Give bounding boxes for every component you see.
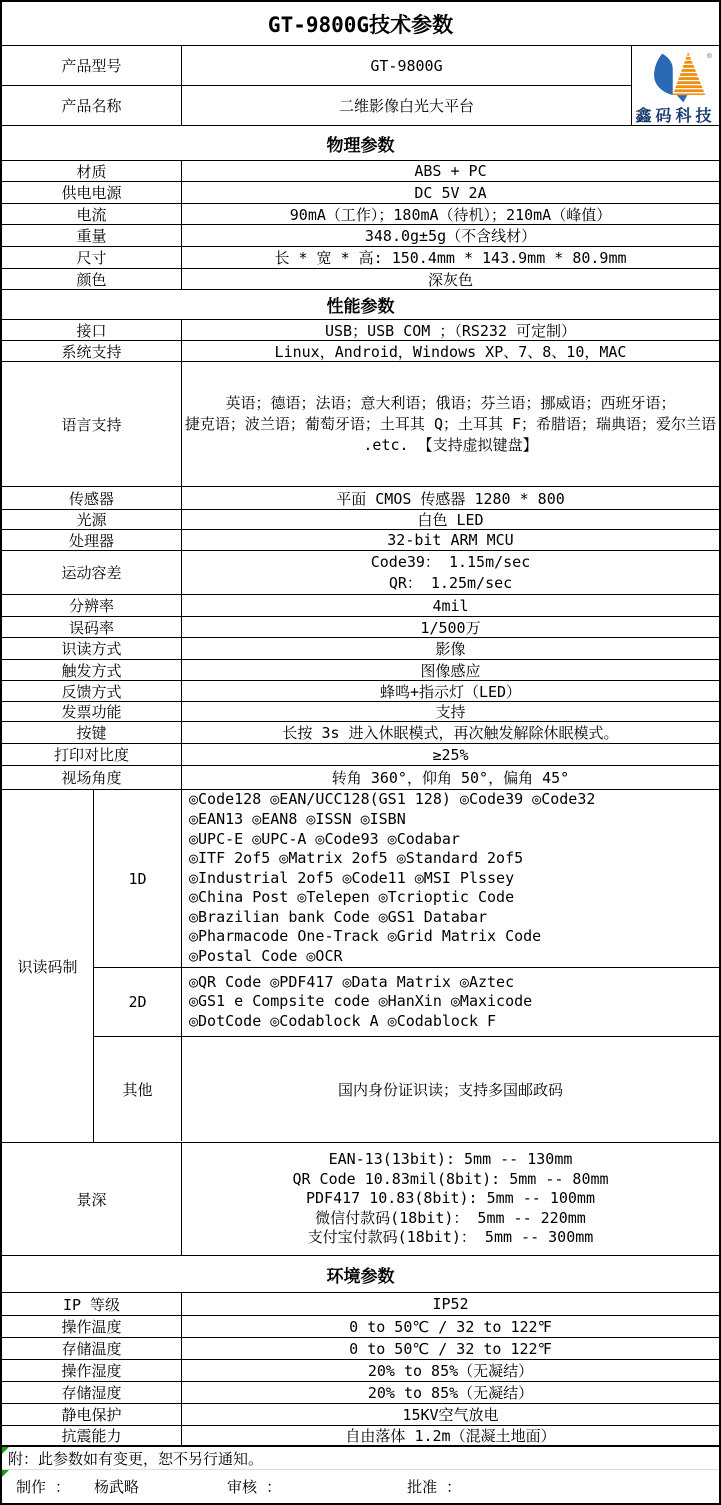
- spec-row: 传感器 平面 CMOS 传感器 1280 * 800: [2, 487, 719, 510]
- spec-label: 重量: [2, 225, 182, 246]
- spec-row: 接口 USB；USB COM ；（RS232 可定制）: [2, 320, 719, 341]
- spec-label: 语言支持: [2, 362, 182, 486]
- spec-label: 操作温度: [2, 1316, 182, 1337]
- spec-label: 反馈方式: [2, 681, 182, 701]
- spec-value: 20% to 85%（无凝结）: [182, 1360, 719, 1381]
- spec-value: IP52: [182, 1293, 719, 1315]
- spec-label: 触发方式: [2, 660, 182, 680]
- spec-value: Code39： 1.15m/sec QR： 1.25m/sec: [182, 551, 719, 594]
- maker-label: 制作 ：: [16, 1476, 70, 1497]
- product-model-label: 产品型号: [2, 46, 182, 85]
- spec-label: IP 等级: [2, 1293, 182, 1315]
- spec-value: DC 5V 2A: [182, 182, 719, 203]
- spec-row: 按键 长按 3s 进入休眠模式，再次触发解除休眠模式。: [2, 722, 719, 744]
- spec-label: 材质: [2, 161, 182, 181]
- spec-label: 电流: [2, 204, 182, 224]
- product-model-value: GT-9800G: [182, 46, 632, 85]
- spec-row: 2D ◎QR Code ◎PDF417 ◎Data Matrix ◎Aztec …: [94, 968, 719, 1037]
- spec-value: 4mil: [182, 595, 719, 616]
- spec-label: 视场角度: [2, 766, 182, 789]
- spec-value: 支持: [182, 702, 719, 721]
- spec-label: 系统支持: [2, 341, 182, 361]
- approver-label: 批准 ：: [407, 1476, 461, 1497]
- spec-row: 视场角度 转角 360°，仰角 50°，偏角 45°: [2, 766, 719, 790]
- spec-label: 供电电源: [2, 182, 182, 203]
- spec-label: 识读方式: [2, 638, 182, 659]
- spec-value: 英语；德语；法语；意大利语；俄语；芬兰语；挪威语；西班牙语； 捷克语；波兰语；葡…: [182, 362, 719, 486]
- spec-value: EAN-13(13bit): 5mm -- 130mm QR Code 10.8…: [182, 1143, 719, 1255]
- spec-value: 蜂鸣+指示灯（LED）: [182, 681, 719, 701]
- spec-row: 存储温度 0 to 50℃ / 32 to 122℉: [2, 1338, 719, 1360]
- spec-label: 运动容差: [2, 551, 182, 594]
- spec-label: 误码率: [2, 617, 182, 637]
- spec-label: 其他: [94, 1037, 182, 1141]
- spec-row: 反馈方式 蜂鸣+指示灯（LED）: [2, 681, 719, 702]
- spec-label: 存储湿度: [2, 1382, 182, 1403]
- spec-value: 长 * 宽 * 高: 150.4mm * 143.9mm * 80.9mm: [182, 247, 719, 268]
- spec-label: 操作湿度: [2, 1360, 182, 1381]
- footer-note-row: 附：此参数如有变更，恕不另行通知。: [2, 1447, 719, 1470]
- spec-row: 误码率 1/500万: [2, 617, 719, 638]
- spec-label: 颜色: [2, 269, 182, 289]
- spec-row: 语言支持 英语；德语；法语；意大利语；俄语；芬兰语；挪威语；西班牙语； 捷克语；…: [2, 362, 719, 487]
- spec-value: ABS + PC: [182, 161, 719, 181]
- spec-label: 2D: [94, 968, 182, 1036]
- section-header-performance: 性能参数: [2, 290, 719, 320]
- section-header-physical: 物理参数: [2, 126, 719, 161]
- spec-label: 接口: [2, 320, 182, 340]
- company-name: 鑫码科技: [635, 107, 715, 124]
- spec-value: 90mA（工作）；180mA（待机）；210mA（峰值）: [182, 204, 719, 224]
- product-block: 产品型号 GT-9800G 产品名称 二维影像白光大平台: [2, 46, 719, 126]
- signature-row: 制作 ： 杨武略 审核 ： 批准 ：: [2, 1470, 719, 1503]
- spec-row: IP 等级 IP52: [2, 1293, 719, 1316]
- company-logo: ® 鑫码科技: [632, 46, 719, 125]
- spec-value: 国内身份证识读；支持多国邮政码: [182, 1037, 719, 1141]
- spec-value: 白色 LED: [182, 510, 719, 529]
- spec-row: 颜色 深灰色: [2, 269, 719, 290]
- spec-label: 静电保护: [2, 1404, 182, 1425]
- spec-row: 材质 ABS + PC: [2, 161, 719, 182]
- spec-value: 自由落体 1.2m（混凝土地面）: [182, 1426, 719, 1445]
- page-title: GT-9800G技术参数: [2, 2, 719, 46]
- spec-row: 其他 国内身份证识读；支持多国邮政码: [94, 1037, 719, 1141]
- spec-row: 操作湿度 20% to 85%（无凝结）: [2, 1360, 719, 1382]
- spec-row: 光源 白色 LED: [2, 510, 719, 530]
- spec-row: 系统支持 Linux，Android，Windows XP、7、8、10，MAC: [2, 341, 719, 362]
- spec-row: 电流 90mA（工作）；180mA（待机）；210mA（峰值）: [2, 204, 719, 225]
- spec-value: 平面 CMOS 传感器 1280 * 800: [182, 487, 719, 509]
- spec-value: 转角 360°，仰角 50°，偏角 45°: [182, 766, 719, 789]
- spec-label: 抗震能力: [2, 1426, 182, 1445]
- spec-label: 传感器: [2, 487, 182, 509]
- spec-value: 深灰色: [182, 269, 719, 289]
- symbologies-block: 识读码制 1D ◎Code128 ◎EAN/UCC128(GS1 128) ◎C…: [2, 790, 719, 1143]
- spec-sheet: GT-9800G技术参数 产品型号 GT-9800G 产品名称 二维影像白光大平…: [0, 0, 721, 1505]
- company-logo-icon: ®: [637, 49, 715, 107]
- cell-flag-icon: [2, 1470, 9, 1477]
- spec-value: 影像: [182, 638, 719, 659]
- spec-row: 打印对比度 ≥25%: [2, 744, 719, 766]
- spec-row: 识读方式 影像: [2, 638, 719, 660]
- spec-value: 图像感应: [182, 660, 719, 680]
- spec-value: ◎QR Code ◎PDF417 ◎Data Matrix ◎Aztec ◎GS…: [182, 968, 719, 1036]
- spec-value: 1/500万: [182, 617, 719, 637]
- spec-row: 1D ◎Code128 ◎EAN/UCC128(GS1 128) ◎Code39…: [94, 790, 719, 968]
- spec-value: 348.0g±5g（不含线材）: [182, 225, 719, 246]
- reviewer-label: 审核 ：: [227, 1476, 281, 1497]
- product-name-value: 二维影像白光大平台: [182, 86, 632, 125]
- spec-row: 尺寸 长 * 宽 * 高: 150.4mm * 143.9mm * 80.9mm: [2, 247, 719, 269]
- spec-label: 景深: [2, 1143, 182, 1255]
- footer-note: 附：此参数如有变更，恕不另行通知。: [8, 1448, 263, 1469]
- spec-label: 分辨率: [2, 595, 182, 616]
- spec-label: 光源: [2, 510, 182, 529]
- spec-row: 存储湿度 20% to 85%（无凝结）: [2, 1382, 719, 1404]
- maker-name: 杨武略: [94, 1476, 139, 1497]
- spec-row: 发票功能 支持: [2, 702, 719, 722]
- spec-row: 抗震能力 自由落体 1.2m（混凝土地面）: [2, 1426, 719, 1447]
- spec-row: 处理器 32-bit ARM MCU: [2, 530, 719, 551]
- symbologies-label: 识读码制: [2, 790, 94, 1142]
- spec-value: ◎Code128 ◎EAN/UCC128(GS1 128) ◎Code39 ◎C…: [182, 790, 719, 967]
- spec-label: 存储温度: [2, 1338, 182, 1359]
- spec-value: 15KV空气放电: [182, 1404, 719, 1425]
- spec-value: USB；USB COM ；（RS232 可定制）: [182, 320, 719, 340]
- spec-row: 供电电源 DC 5V 2A: [2, 182, 719, 204]
- spec-value: 长按 3s 进入休眠模式，再次触发解除休眠模式。: [182, 722, 719, 743]
- spec-row: 触发方式 图像感应: [2, 660, 719, 681]
- spec-row: 分辨率 4mil: [2, 595, 719, 617]
- spec-row: 静电保护 15KV空气放电: [2, 1404, 719, 1426]
- spec-value: Linux，Android，Windows XP、7、8、10，MAC: [182, 341, 719, 361]
- spec-row: 运动容差 Code39： 1.15m/sec QR： 1.25m/sec: [2, 551, 719, 595]
- spec-label: 处理器: [2, 530, 182, 550]
- spec-label: 尺寸: [2, 247, 182, 268]
- spec-label: 按键: [2, 722, 182, 743]
- spec-value: 0 to 50℃ / 32 to 122℉: [182, 1338, 719, 1359]
- section-header-environment: 环境参数: [2, 1256, 719, 1293]
- spec-value: 20% to 85%（无凝结）: [182, 1382, 719, 1403]
- product-name-label: 产品名称: [2, 86, 182, 125]
- spec-value: ≥25%: [182, 744, 719, 765]
- spec-label: 打印对比度: [2, 744, 182, 765]
- spec-label: 1D: [94, 790, 182, 967]
- spec-row: 操作温度 0 to 50℃ / 32 to 122℉: [2, 1316, 719, 1338]
- registered-mark-icon: ®: [706, 51, 711, 61]
- cell-flag-icon: [2, 1447, 9, 1454]
- spec-row: 重量 348.0g±5g（不含线材）: [2, 225, 719, 247]
- spec-value: 0 to 50℃ / 32 to 122℉: [182, 1316, 719, 1337]
- spec-row: 景深 EAN-13(13bit): 5mm -- 130mm QR Code 1…: [2, 1143, 719, 1256]
- spec-value: 32-bit ARM MCU: [182, 530, 719, 550]
- spec-label: 发票功能: [2, 702, 182, 721]
